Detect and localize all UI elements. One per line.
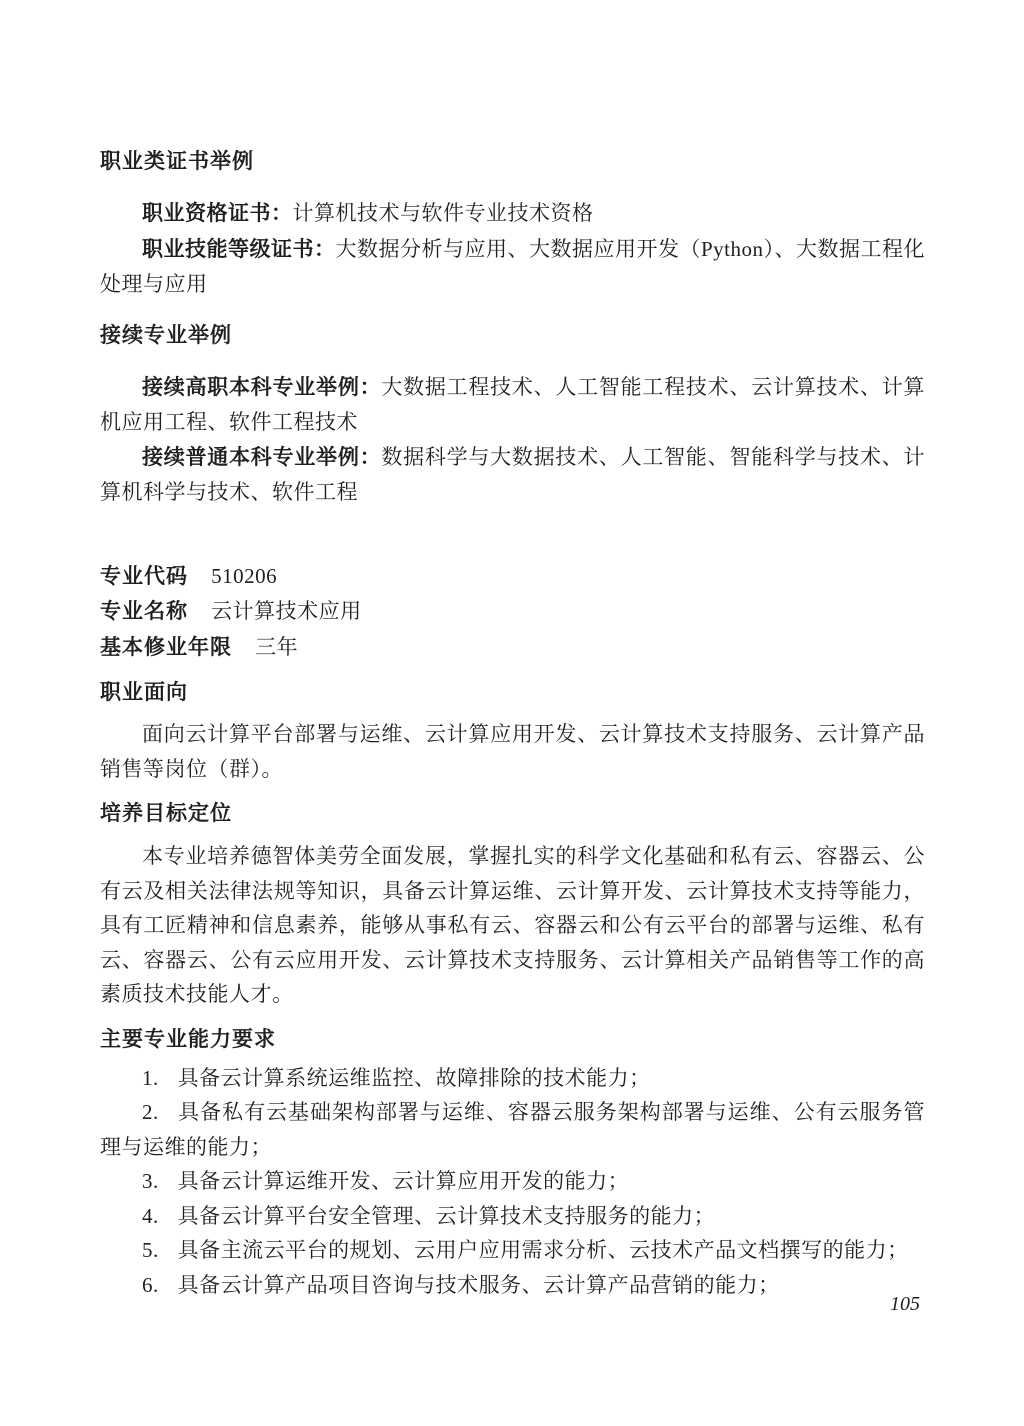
continuing-vocational-paragraph: 接续高职本科专业举例：大数据工程技术、人工智能工程技术、云计算技术、计算机应用工…	[100, 370, 925, 440]
cert-qualification-label: 职业资格证书：	[142, 202, 293, 225]
study-years-label: 基本修业年限	[100, 636, 232, 659]
ability-item-1-text: 具备云计算系统运维监控、故障排除的技术能力；	[178, 1066, 651, 1090]
continuing-vocational-label: 接续高职本科专业举例：	[142, 376, 381, 399]
ability-item-1: 1.具备云计算系统运维监控、故障排除的技术能力；	[100, 1061, 925, 1096]
ability-item-4-number: 4.	[142, 1204, 159, 1228]
career-section-heading: 职业面向	[100, 681, 925, 705]
abilities-section-heading: 主要专业能力要求	[100, 1028, 925, 1052]
ability-item-3-number: 3.	[142, 1169, 159, 1193]
career-section-body: 面向云计算平台部署与运维、云计算应用开发、云计算技术支持服务、云计算产品销售等岗…	[100, 717, 925, 786]
continuing-regular-paragraph: 接续普通本科专业举例：数据科学与大数据技术、人工智能、智能科学与技术、计算机科学…	[100, 440, 925, 510]
major-info-block: 专业代码510206 专业名称云计算技术应用 基本修业年限三年	[100, 559, 925, 666]
cert-qualification-paragraph: 职业资格证书：计算机技术与软件专业技术资格	[100, 196, 925, 232]
major-code-label: 专业代码	[100, 565, 188, 588]
ability-item-4-text: 具备云计算平台安全管理、云计算技术支持服务的能力；	[178, 1204, 716, 1228]
ability-item-1-number: 1.	[142, 1066, 159, 1090]
cert-section-heading: 职业类证书举例	[100, 150, 925, 174]
ability-item-2: 2.具备私有云基础架构部署与运维、容器云服务架构部署与运维、公有云服务管理与运维…	[100, 1095, 925, 1164]
major-name-value: 云计算技术应用	[211, 599, 362, 623]
ability-item-3-text: 具备云计算运维开发、云计算应用开发的能力；	[178, 1169, 630, 1193]
ability-item-6-number: 6.	[142, 1273, 159, 1297]
document-page: 职业类证书举例 职业资格证书：计算机技术与软件专业技术资格 职业技能等级证书：大…	[0, 0, 1024, 1426]
abilities-list: 1.具备云计算系统运维监控、故障排除的技术能力； 2.具备私有云基础架构部署与运…	[100, 1061, 925, 1303]
ability-item-5: 5.具备主流云平台的规划、云用户应用需求分析、云技术产品文档撰写的能力；	[100, 1233, 925, 1268]
study-years-row: 基本修业年限三年	[100, 630, 925, 666]
cert-skill-level-paragraph: 职业技能等级证书：大数据分析与应用、大数据应用开发（Python）、大数据工程化…	[100, 232, 925, 302]
ability-item-2-number: 2.	[142, 1100, 159, 1124]
continuing-section-heading: 接续专业举例	[100, 324, 925, 348]
ability-item-2-text: 具备私有云基础架构部署与运维、容器云服务架构部署与运维、公有云服务管理与运维的能…	[100, 1100, 925, 1159]
major-code-value: 510206	[211, 564, 277, 588]
objective-section-body: 本专业培养德智体美劳全面发展，掌握扎实的科学文化基础和私有云、容器云、公有云及相…	[100, 839, 925, 1012]
major-name-row: 专业名称云计算技术应用	[100, 594, 925, 630]
ability-item-4: 4.具备云计算平台安全管理、云计算技术支持服务的能力；	[100, 1199, 925, 1234]
study-years-value: 三年	[255, 635, 298, 659]
continuing-regular-label: 接续普通本科专业举例：	[142, 446, 381, 469]
ability-item-3: 3.具备云计算运维开发、云计算应用开发的能力；	[100, 1164, 925, 1199]
major-code-row: 专业代码510206	[100, 559, 925, 595]
ability-item-6: 6.具备云计算产品项目咨询与技术服务、云计算产品营销的能力；	[100, 1268, 925, 1303]
major-name-label: 专业名称	[100, 600, 188, 623]
page-number: 105	[890, 1292, 920, 1316]
ability-item-6-text: 具备云计算产品项目咨询与技术服务、云计算产品营销的能力；	[178, 1273, 780, 1297]
ability-item-5-number: 5.	[142, 1238, 159, 1262]
cert-qualification-text: 计算机技术与软件专业技术资格	[293, 201, 594, 225]
objective-section-heading: 培养目标定位	[100, 802, 925, 826]
ability-item-5-text: 具备主流云平台的规划、云用户应用需求分析、云技术产品文档撰写的能力；	[178, 1238, 909, 1262]
cert-skill-level-label: 职业技能等级证书：	[142, 238, 336, 261]
